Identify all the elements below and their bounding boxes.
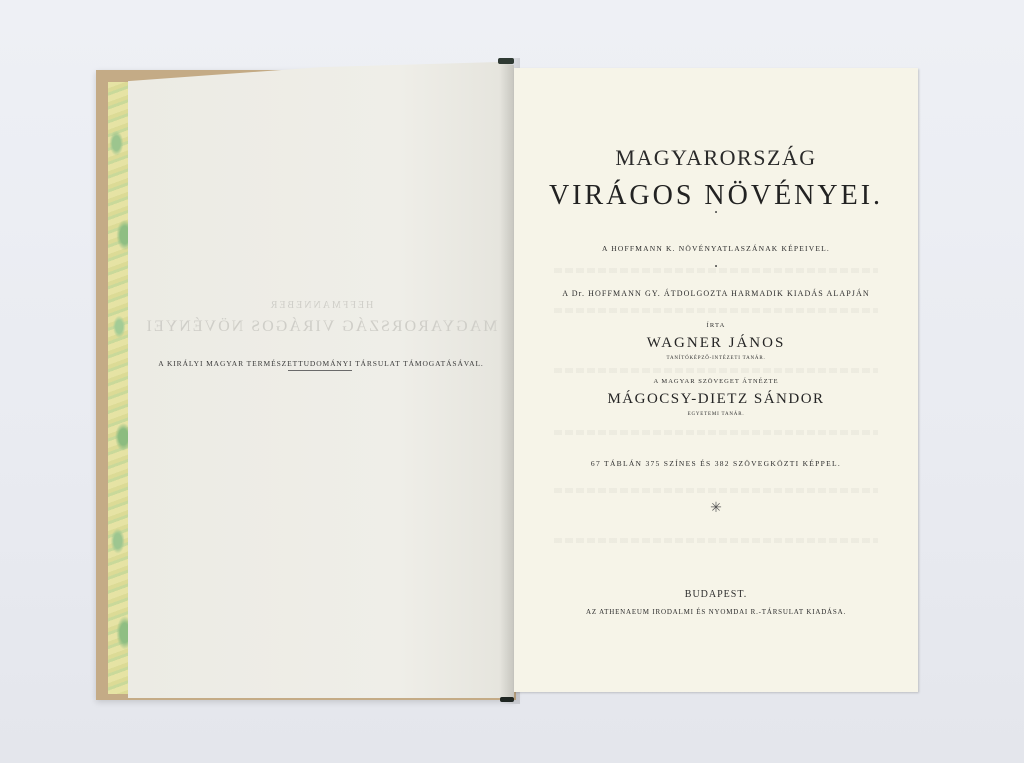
asterisk-ornament-icon: ✳ [514,500,918,517]
author-2-role: Egyetemi tanár. [514,412,918,417]
showthrough-text [554,430,878,435]
bullet-separator: • [514,262,918,271]
showthrough-text [554,538,878,543]
author-1: WAGNER JÁNOS [514,335,918,352]
title-page: MAGYARORSZÁG VIRÁGOS NÖVÉNYEI. • A Hoffm… [514,68,918,692]
photo-scene: HEFFMANNEBER MAGYARORSZÁG VIRÁGOS NÖVÉNY… [0,0,1024,763]
written-by-label: ÍRTA [514,322,918,329]
publisher-line: Az Athenaeum irodalmi és nyomdai R.-Társ… [514,608,918,616]
left-page-flyleaf [128,62,514,698]
spine-headband [498,58,514,64]
left-page-showthrough-line-2: MAGYARORSZÁG VIRÁGOS NÖVÉNYEI [128,318,514,336]
showthrough-text [554,488,878,493]
left-page-showthrough-line-1: HEFFMANNEBER [128,300,514,311]
spine-tailband [500,697,514,702]
book-title-line-1: MAGYARORSZÁG [514,145,918,171]
left-page-rule [288,370,352,371]
showthrough-text [554,368,878,373]
author-2: MÁGOCSY-DIETZ SÁNDOR [514,391,918,408]
publication-city: BUDAPEST. [514,589,918,600]
left-page-support-line: A Királyi Magyar Természettudományi Társ… [128,359,514,368]
bullet-separator: • [514,208,918,217]
showthrough-text [554,308,878,313]
edited-by-label: A magyar szöveget átnézte [514,378,918,385]
subtitle-1: A Hoffmann K. Növényatlaszának képeivel. [514,244,918,253]
illustrations-note: 67 táblán 375 színes és 382 szövegközti … [514,459,918,468]
subtitle-2: A Dr. HOFFMANN GY. ÁTDOLGOZTA HARMADIK K… [514,289,918,298]
author-1-role: Tanítóképző-intézeti tanár. [514,356,918,361]
